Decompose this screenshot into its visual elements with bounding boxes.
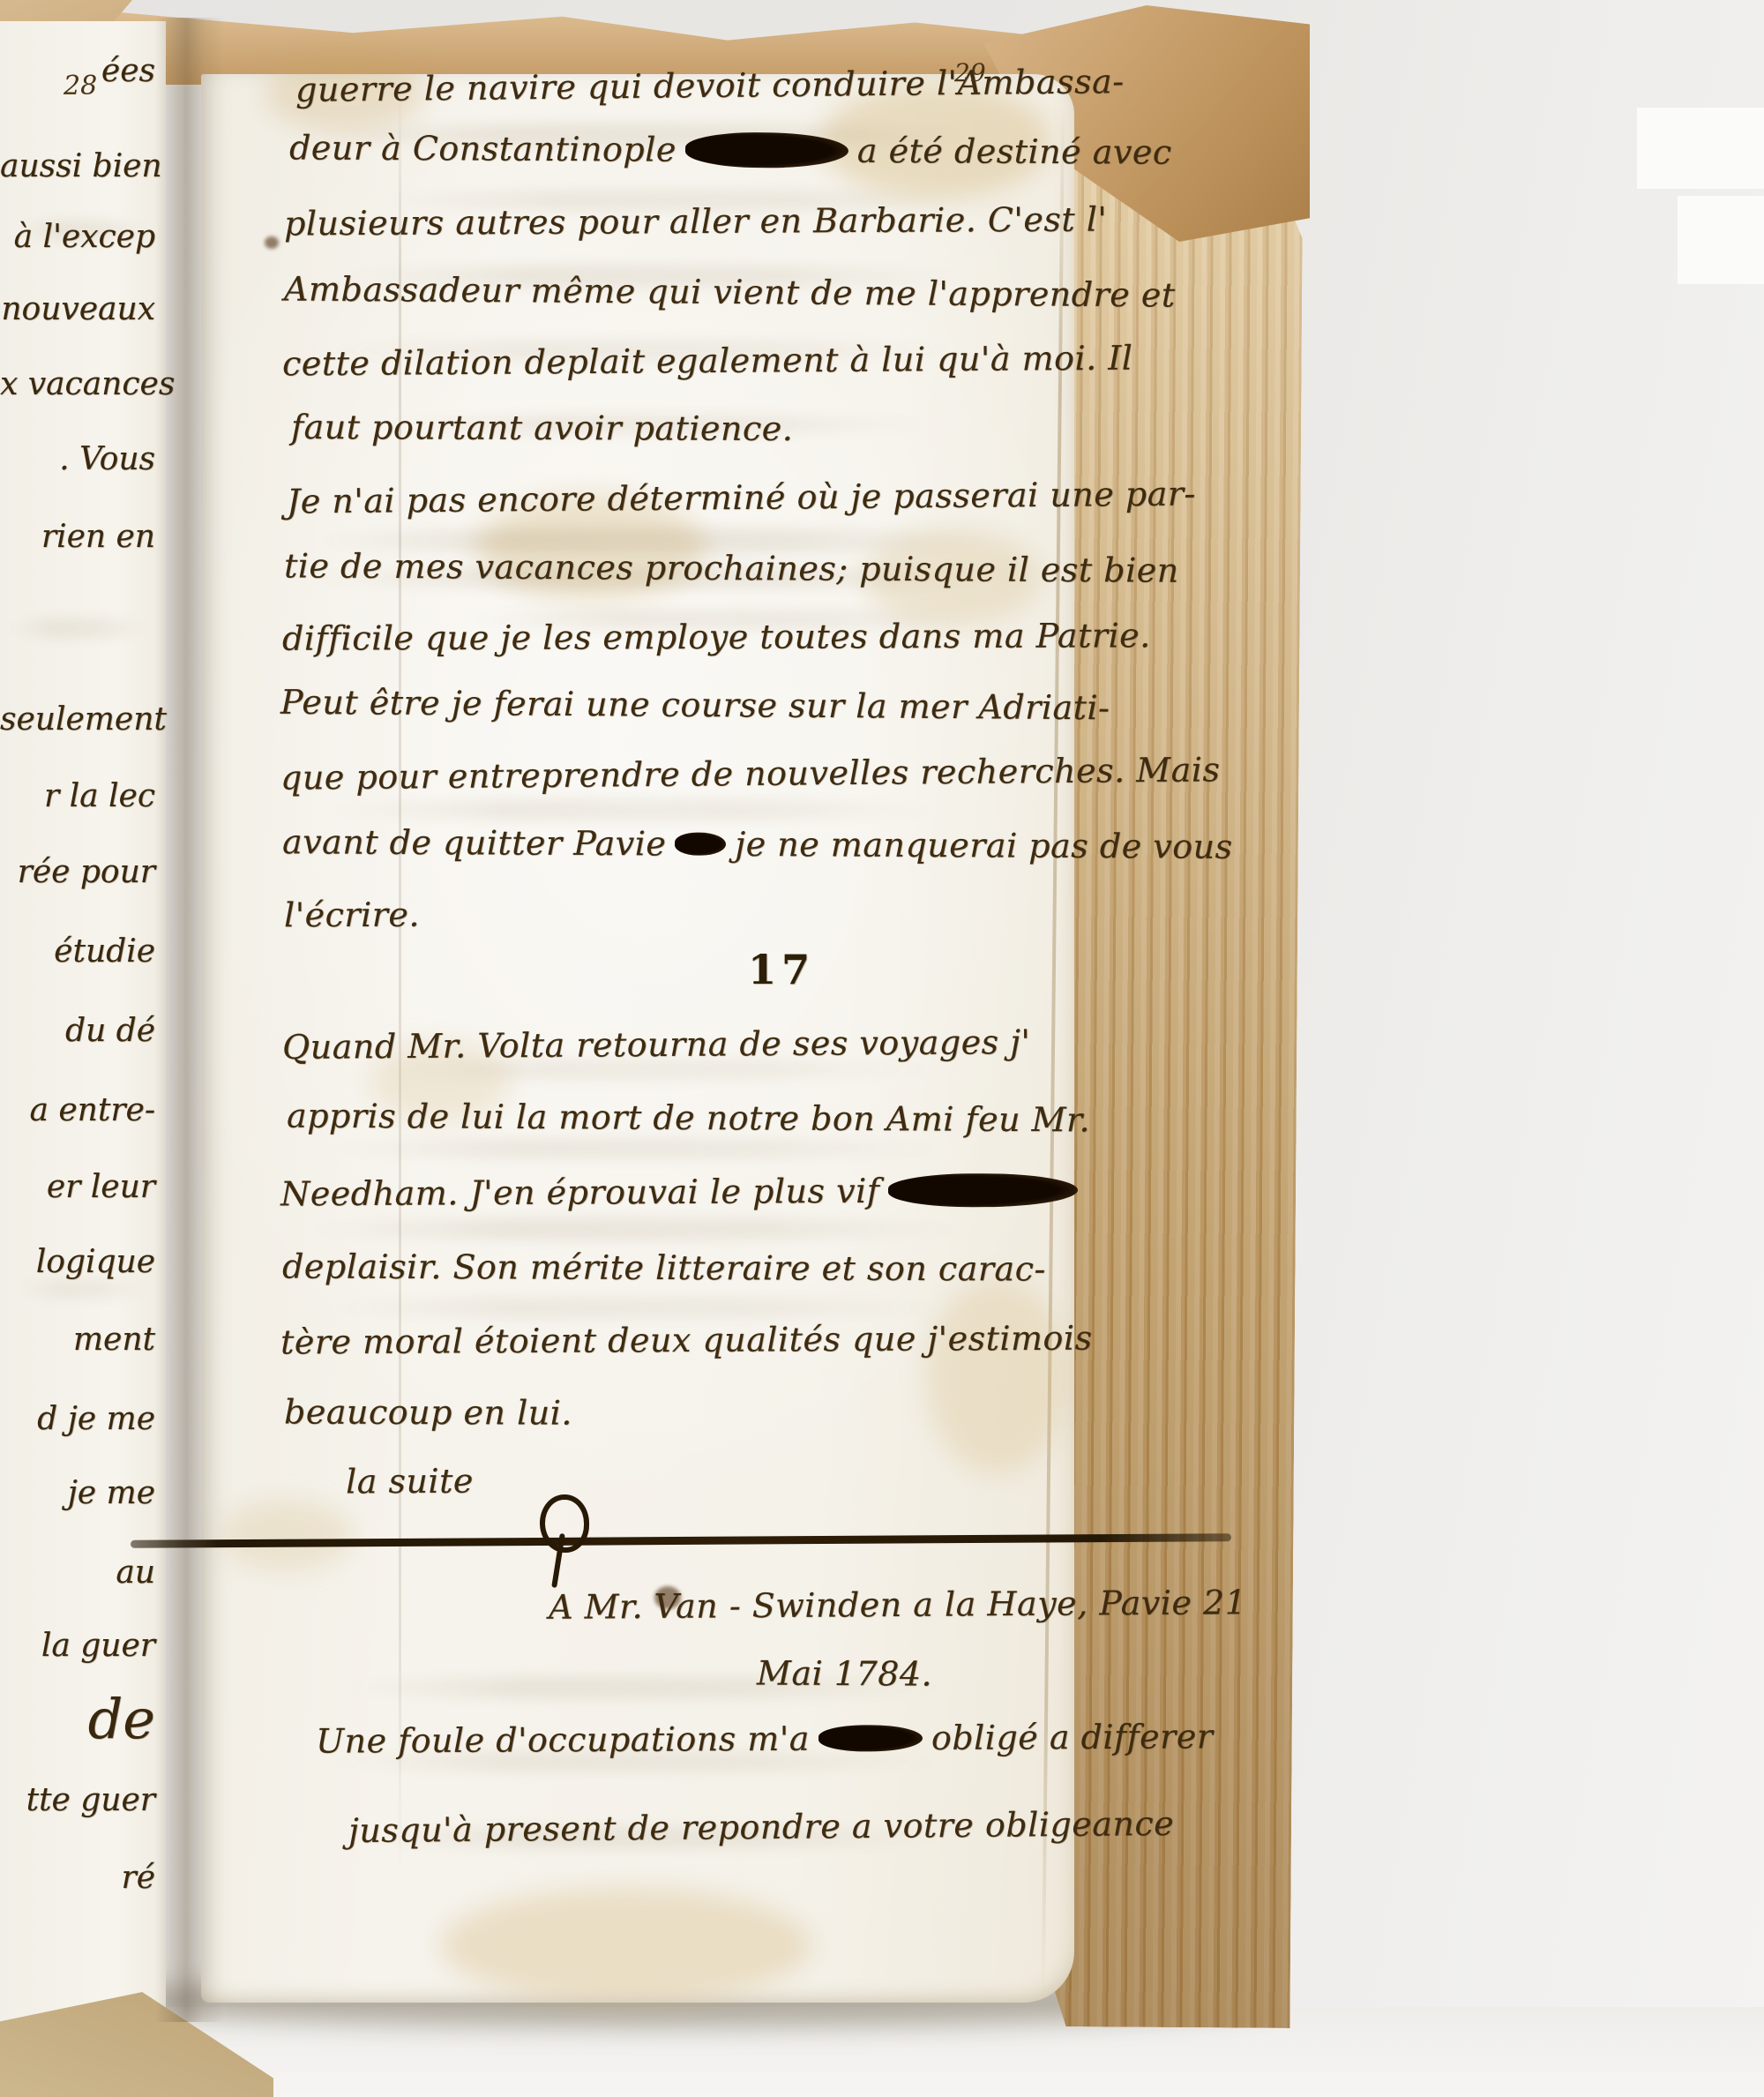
paper-stain xyxy=(220,1500,353,1570)
ink-showthrough xyxy=(9,618,150,639)
manuscript-line: Quand Mr. Volta retourna de ses voyages … xyxy=(282,1025,1031,1064)
manuscript-line-part: obligé a differer xyxy=(931,1719,1214,1755)
left-page-text-fragment: r la lec xyxy=(0,778,159,814)
left-page-text-fragment: aussi bien xyxy=(0,148,159,184)
manuscript-line-part: Needham. J'en éprouvai le plus vif xyxy=(280,1174,879,1211)
ink-showthrough xyxy=(18,1279,150,1299)
left-page-text-fragment: tte guer xyxy=(0,1782,159,1818)
manuscript-line: avant de quitter Pavie je ne manquerai p… xyxy=(282,825,1233,864)
manuscript-line: jusqu'à present de repondre a votre obli… xyxy=(348,1807,1174,1847)
manuscript-line: l'écrire. xyxy=(284,898,420,932)
left-page-text-fragment: je me xyxy=(0,1475,159,1511)
left-page-text-fragment: rien en xyxy=(0,519,159,555)
manuscript-line: tie de mes vacances prochaines; puisque … xyxy=(284,549,1179,587)
left-page-text-fragment: d je me xyxy=(0,1401,159,1437)
manuscript-line: appris de lui la mort de notre bon Ami f… xyxy=(287,1099,1090,1137)
paper-stain xyxy=(441,1888,811,2003)
ink-blot xyxy=(818,1725,923,1752)
manuscript-line: Needham. J'en éprouvai le plus vif xyxy=(280,1173,1078,1211)
manuscript-line: que pour entreprendre de nouvelles reche… xyxy=(280,753,1221,794)
left-page-text-fragment: nouveaux xyxy=(0,291,159,327)
address-line: A Mr. Van - Swinden a la Haye, Pavie 21 xyxy=(549,1585,1247,1624)
left-page-text-fragment: la guer xyxy=(0,1628,159,1664)
left-page-text-fragment: étudie xyxy=(0,933,159,970)
photo-backdrop: { "photo": { "backdrop_color": "#e8e6e3"… xyxy=(0,0,1764,2097)
left-page-text-fragment: a entre- xyxy=(0,1092,159,1128)
manuscript-line: difficile que je les employe toutes dans… xyxy=(282,618,1151,655)
left-page-text-fragment: . Vous xyxy=(0,441,159,477)
manuscript-line: tère moral étoient deux qualités que j'e… xyxy=(280,1322,1093,1359)
left-page-text-fragment: à l'excep xyxy=(0,219,159,255)
left-page-text-fragment: ment xyxy=(0,1322,159,1358)
ink-showthrough xyxy=(318,1138,953,1159)
section-number: 17 xyxy=(748,946,815,993)
ink-blot xyxy=(888,1173,1078,1208)
backdrop-white-patch xyxy=(1637,108,1764,189)
manuscript-line: faut pourtant avoir patience. xyxy=(291,410,793,446)
manuscript-line: Je n'ai pas encore déterminé où je passe… xyxy=(287,477,1196,519)
right-page-number: 29 xyxy=(954,58,986,87)
left-page-text-fragment: er leur xyxy=(0,1169,159,1205)
ink-spot xyxy=(265,236,279,249)
date-line: Mai 1784. xyxy=(757,1656,932,1690)
left-page-text-fragment: seulement xyxy=(0,701,159,738)
left-page-number: 28 xyxy=(64,71,97,101)
ink-showthrough xyxy=(300,1217,970,1240)
left-page-text-fragment: au xyxy=(0,1554,159,1591)
left-page-text-fragment: logique xyxy=(0,1244,159,1280)
manuscript-line-part: a été destiné avec xyxy=(857,134,1172,169)
left-page-text-fragment: ré xyxy=(0,1860,159,1896)
backdrop-white-patch xyxy=(1678,196,1764,284)
manuscript-line: beaucoup en lui. xyxy=(284,1395,572,1429)
ink-showthrough xyxy=(318,1297,953,1318)
left-page-text-fragment: du dé xyxy=(0,1013,159,1049)
manuscript-line: Une foule d'occupations m'a obligé a dif… xyxy=(316,1719,1214,1757)
manuscript-line: deur à Constantinople a été destiné avec xyxy=(289,130,1172,169)
manuscript-line: Ambassadeur même qui vient de me l'appre… xyxy=(284,272,1176,311)
manuscript-line: deplaisir. Son mérite litteraire et son … xyxy=(282,1249,1046,1285)
ink-flourish xyxy=(540,1494,589,1553)
left-page-flourish-fragment: de xyxy=(0,1687,159,1751)
manuscript-line: Peut être je ferai une course sur la mer… xyxy=(280,685,1110,725)
ink-showthrough xyxy=(318,798,953,821)
manuscript-line-part: deur à Constantinople xyxy=(289,131,676,166)
left-page-text-fragment: x vacances xyxy=(0,366,159,402)
manuscript-line-part: Une foule d'occupations m'a xyxy=(316,1722,810,1758)
left-page-text-fragment: rée pour xyxy=(0,854,159,890)
manuscript-line-part: je ne manquerai pas de vous xyxy=(735,828,1232,864)
manuscript-line-part: avant de quitter Pavie xyxy=(282,825,667,860)
ink-blot xyxy=(685,132,848,169)
manuscript-line: guerre le navire qui devoit conduire l'A… xyxy=(295,64,1125,107)
manuscript-line: plusieurs autres pour aller en Barbarie.… xyxy=(284,203,1107,241)
manuscript-line: cette dilation deplait egalement à lui q… xyxy=(282,341,1133,381)
manuscript-closing-line: la suite xyxy=(346,1464,474,1499)
ink-blot xyxy=(675,833,726,856)
